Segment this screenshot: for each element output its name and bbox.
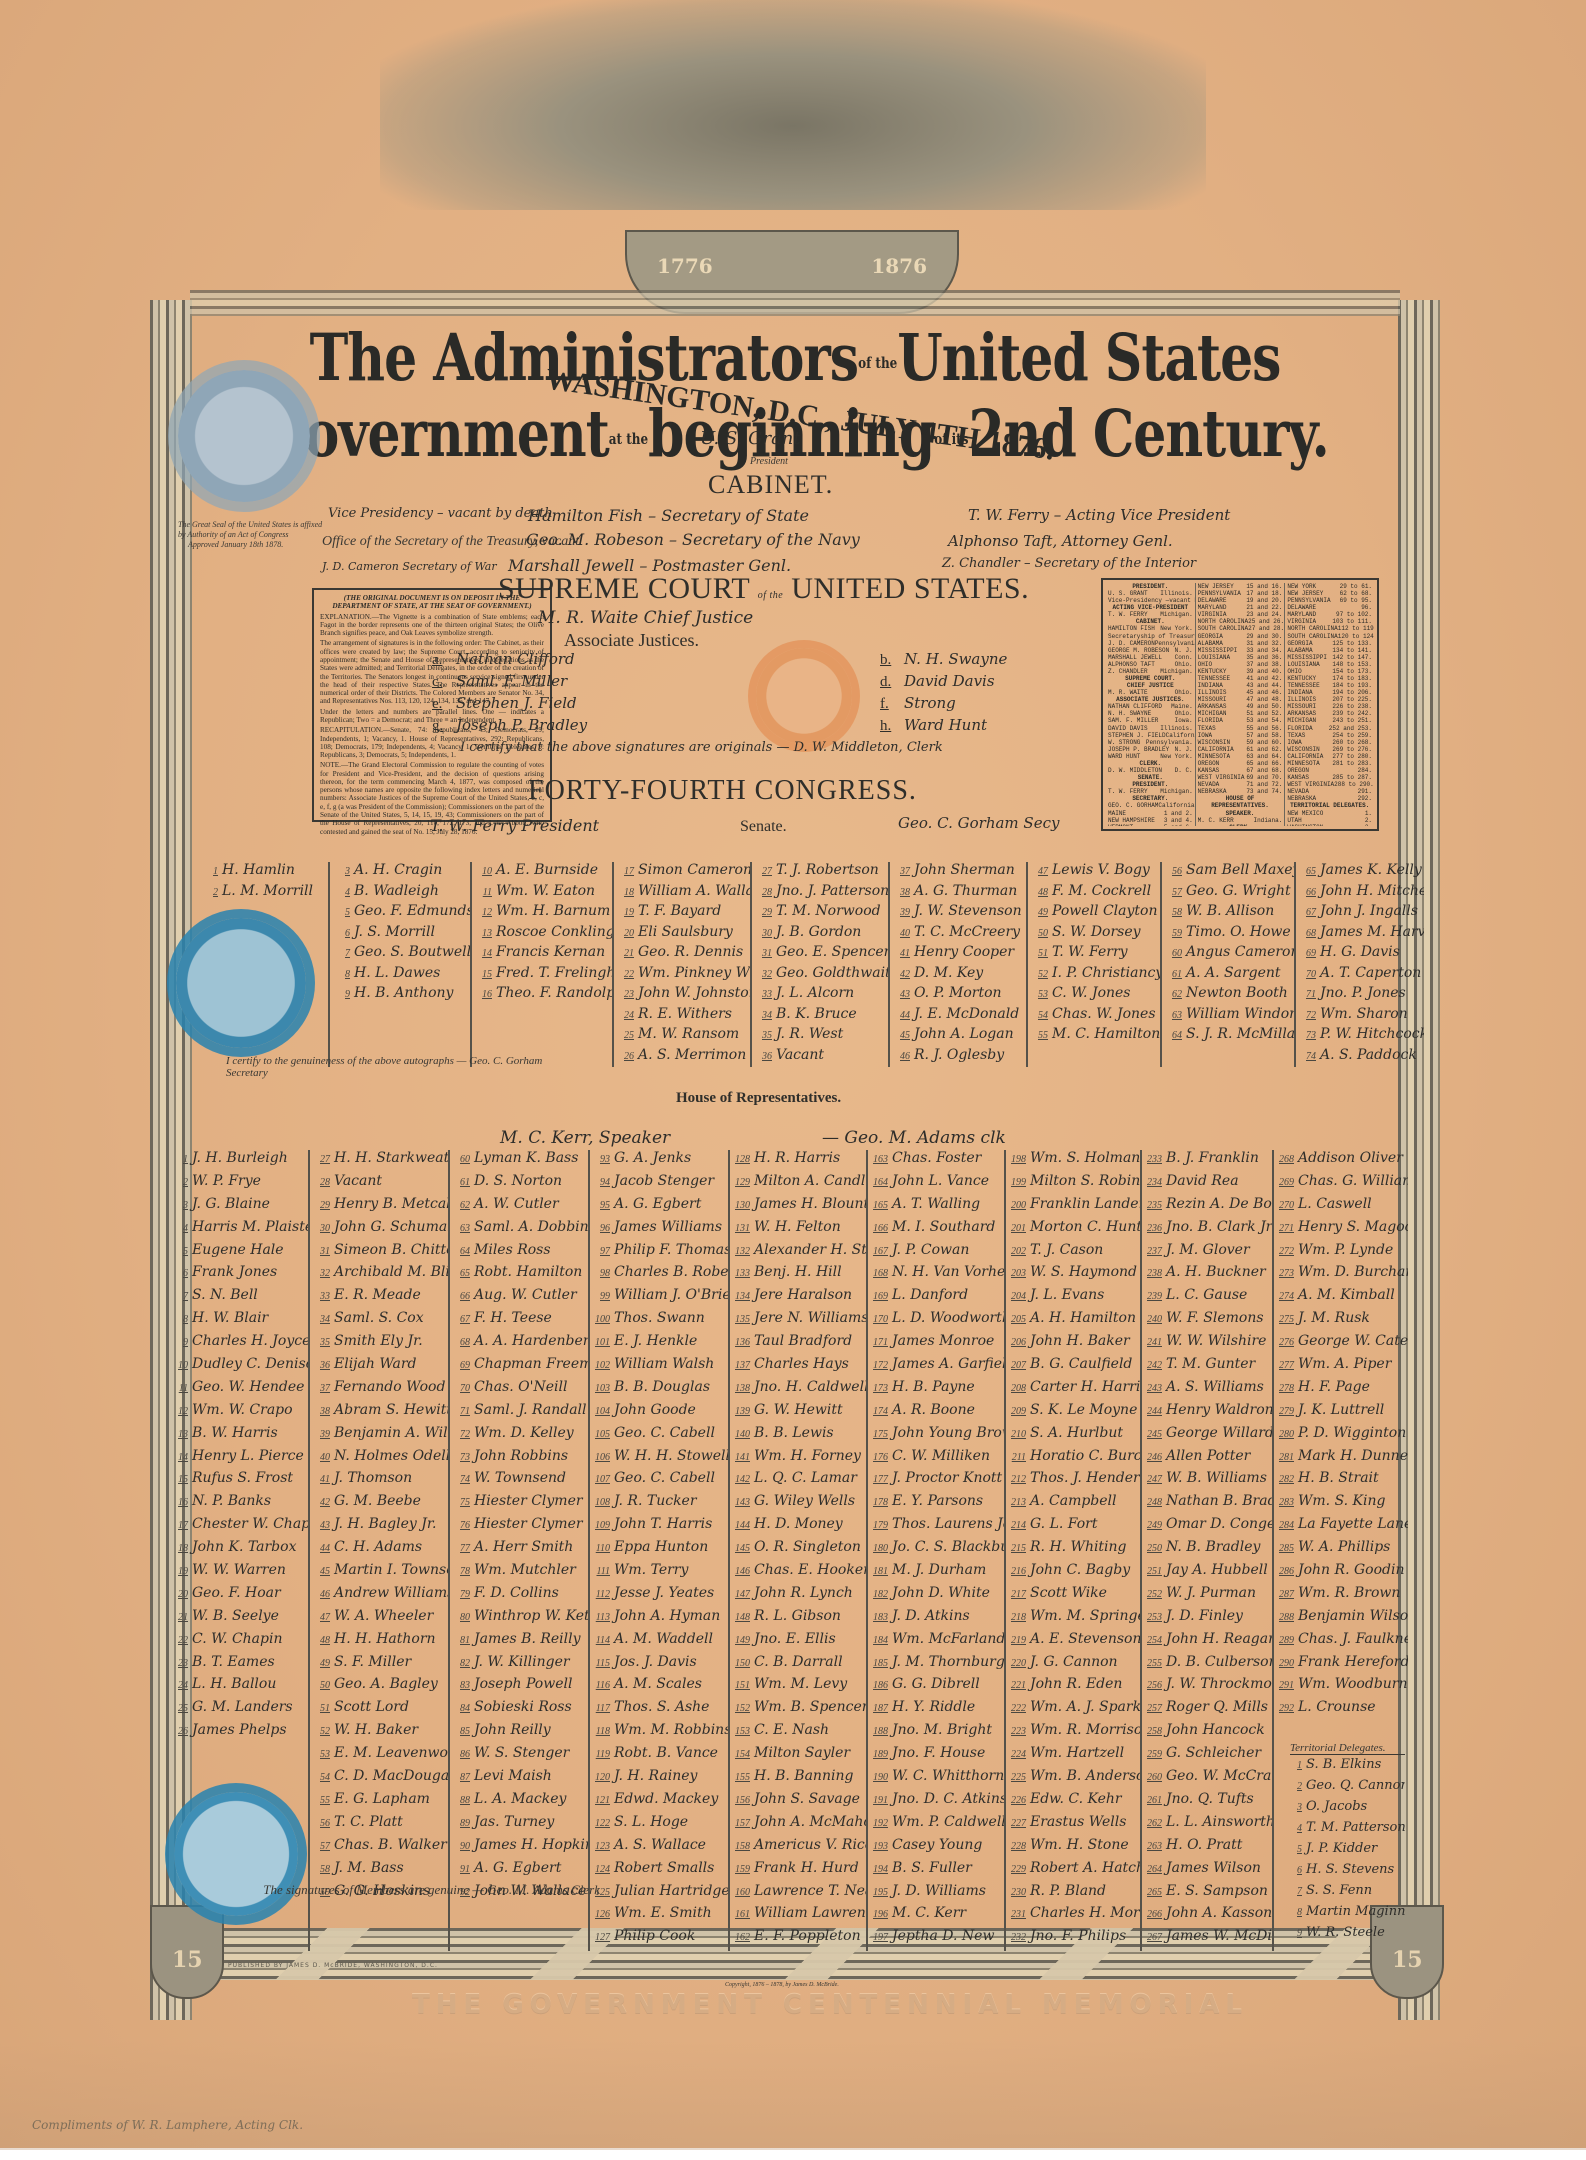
member-number: 44	[310, 1543, 330, 1554]
signature-entry: 195J. D. Williams	[868, 1883, 1004, 1906]
signature-entry: 128H. R. Harris	[730, 1150, 866, 1173]
signature-entry: 209S. K. Le Moyne	[1006, 1402, 1140, 1425]
member-number: 8	[330, 969, 350, 980]
member-number: 19	[168, 1566, 188, 1577]
signature-entry: 64S. J. R. McMillan	[1162, 1026, 1294, 1047]
delegate-entry: 1S. B. Elkins	[1290, 1757, 1405, 1778]
signature-entry: 67F. H. Teese	[450, 1310, 588, 1333]
index-key: NEW MEXICO	[1287, 810, 1323, 817]
signature-entry: 80Winthrop W. Ketcham	[450, 1608, 588, 1631]
member-signature: C. W. Milliken	[892, 1448, 990, 1464]
signature-entry: 260Geo. W. McCrary	[1142, 1768, 1272, 1791]
member-signature: John H. Baker	[1030, 1333, 1130, 1349]
signature-entry: 113John A. Hyman	[590, 1608, 728, 1631]
member-number: 104	[590, 1406, 610, 1417]
signature-entry: 168N. H. Van Vorhes	[868, 1264, 1004, 1287]
signature-entry: 51Scott Lord	[310, 1699, 448, 1722]
delegate-entry: 7S. S. Fenn	[1290, 1883, 1405, 1904]
member-signature: T. M. Norwood	[776, 903, 881, 919]
member-signature: L. M. Morrill	[222, 883, 313, 899]
member-signature: M. C. Hamilton	[1052, 1026, 1160, 1042]
member-number: 177	[868, 1474, 888, 1485]
member-signature: Geo. R. Dennis	[638, 944, 743, 960]
member-signature: Winthrop W. Ketcham	[474, 1608, 588, 1624]
member-signature: Wm. S. Holman	[1030, 1150, 1140, 1166]
index-value: 254 to 259.	[1332, 732, 1372, 739]
cabinet-entry: Geo. M. Robeson – Secretary of the Navy	[526, 530, 860, 549]
signature-entry: 159Frank H. Hurd	[730, 1860, 866, 1883]
member-number: 71	[1296, 989, 1316, 1000]
member-signature: Chas. O'Neill	[474, 1379, 567, 1395]
member-number: 229	[1006, 1864, 1026, 1875]
member-number: 220	[1006, 1658, 1026, 1669]
member-number: 24	[614, 1010, 634, 1021]
member-signature: A. T. Caperton	[1320, 965, 1421, 981]
member-signature: Andrew Williams	[334, 1585, 448, 1601]
member-signature: Robert Smalls	[614, 1860, 714, 1876]
member-signature: Aug. W. Cutler	[474, 1287, 577, 1303]
member-number: 287	[1274, 1589, 1294, 1600]
signature-entry: 173H. B. Payne	[868, 1379, 1004, 1402]
member-number: 254	[1142, 1635, 1162, 1646]
justice-signature: Nathan Clifford	[456, 650, 575, 668]
index-value: 31 and 32.	[1246, 640, 1282, 647]
signature-entry: 269Chas. G. Williams	[1274, 1173, 1408, 1196]
signature-entry: 250N. B. Bradley	[1142, 1539, 1272, 1562]
member-number: 97	[590, 1246, 610, 1257]
member-signature: Wm. M. Robbins	[614, 1722, 728, 1738]
member-number: 64	[450, 1246, 470, 1257]
member-number: 191	[868, 1795, 888, 1806]
signature-entry: 252W. J. Purman	[1142, 1585, 1272, 1608]
signature-entry: 61A. A. Sargent	[1162, 965, 1294, 986]
president-label: President	[750, 456, 788, 467]
member-number: 80	[450, 1612, 470, 1623]
index-value: 25 and 26.	[1248, 618, 1284, 625]
index-key: KANSAS	[1198, 767, 1220, 774]
index-row: MINNESOTA281 to 283.	[1287, 760, 1372, 767]
signature-entry: 222Wm. A. J. Sparks	[1006, 1699, 1140, 1722]
signature-entry: 142L. Q. C. Lamar	[730, 1470, 866, 1493]
member-number: 55	[310, 1795, 330, 1806]
index-value: 21 and 22.	[1246, 604, 1282, 611]
member-signature: Geo. Goldthwaite	[776, 965, 888, 981]
court-certification: I certify that the above signatures are …	[460, 740, 943, 755]
signature-entry: 278H. F. Page	[1274, 1379, 1408, 1402]
index-key: VIRGINIA	[1198, 611, 1227, 618]
member-number: 236	[1142, 1223, 1162, 1234]
index-row: MARYLAND21 and 22.	[1198, 604, 1283, 611]
member-signature: J. W. Killinger	[474, 1654, 570, 1670]
index-row: N. H. SWAYNEOhio.	[1108, 710, 1193, 717]
member-number: 103	[590, 1383, 610, 1394]
member-signature: Rezin A. De Bolt	[1166, 1196, 1272, 1212]
signature-entry: 53C. W. Jones	[1028, 985, 1160, 1006]
member-number: 162	[730, 1932, 750, 1943]
signature-entry: 185J. M. Thornburgh	[868, 1654, 1004, 1677]
signature-entry: 271Henry S. Magoon	[1274, 1219, 1408, 1242]
signature-entry: 17Simon Cameron	[614, 862, 750, 883]
member-number: 52	[310, 1726, 330, 1737]
signature-entry: 237J. M. Glover	[1142, 1242, 1272, 1265]
member-number: 275	[1274, 1314, 1294, 1325]
signature-entry: 180Jo. C. S. Blackburn	[868, 1539, 1004, 1562]
signature-entry: 263H. O. Pratt	[1142, 1837, 1272, 1860]
member-signature: W. A. Wheeler	[334, 1608, 433, 1624]
signature-entry: 90James H. Hopkins	[450, 1837, 588, 1860]
member-signature: Geo. C. Cabell	[614, 1425, 715, 1441]
member-signature: Jno. D. C. Atkins	[892, 1791, 1004, 1807]
index-key: GEORGE M. ROBESON	[1108, 647, 1169, 654]
signature-entry: 138Jno. H. Caldwell	[730, 1379, 866, 1402]
signature-entry: 16Theo. F. Randolph	[472, 985, 612, 1006]
index-value: 154 to 173.	[1332, 668, 1372, 675]
member-number: 154	[730, 1749, 750, 1760]
signature-entry: 77A. Herr Smith	[450, 1539, 588, 1562]
index-row: VIRGINIA103 to 111.	[1287, 618, 1372, 625]
member-number: 171	[868, 1337, 888, 1348]
index-row: MISSISSIPPI142 to 147.	[1287, 654, 1372, 661]
justice-entry: d.David Davis	[880, 672, 1080, 694]
member-signature: Robert A. Hatcher	[1030, 1860, 1140, 1876]
signature-entry: 34Saml. S. Cox	[310, 1310, 448, 1333]
signature-entry: 19W. W. Warren	[168, 1562, 308, 1585]
cabinet-heading: CABINET.	[708, 470, 833, 500]
member-signature: E. R. Meade	[334, 1287, 421, 1303]
signature-entry: 1H. Hamlin	[198, 862, 328, 883]
member-number: 265	[1142, 1887, 1162, 1898]
signature-entry: 73John Robbins	[450, 1448, 588, 1471]
index-key: Vice-Presidency —	[1108, 597, 1169, 604]
index-row: MARSHALL JEWELLConn.	[1108, 654, 1193, 661]
delegate-signature: J. P. Kidder	[1306, 1841, 1377, 1856]
signature-entry: 262L. L. Ainsworth	[1142, 1814, 1272, 1837]
signature-entry: 46Andrew Williams	[310, 1585, 448, 1608]
index-key: T. W. FERRY	[1108, 611, 1148, 618]
signature-entry: 33E. R. Meade	[310, 1287, 448, 1310]
index-row: SAM. F. MILLERIowa.	[1108, 717, 1193, 724]
signature-entry: 63Saml. A. Dobbins	[450, 1219, 588, 1242]
member-signature: James H. Blount	[754, 1196, 866, 1212]
member-number: 206	[1006, 1337, 1026, 1348]
member-signature: James Phelps	[192, 1722, 287, 1738]
member-number: 256	[1142, 1680, 1162, 1691]
member-number: 269	[1274, 1177, 1294, 1188]
member-signature: A. R. Boone	[892, 1402, 975, 1418]
signature-entry: 103B. B. Douglas	[590, 1379, 728, 1402]
delegate-signature: T. M. Patterson	[1306, 1820, 1405, 1835]
copyright-line: Copyright, 1876 – 1878, by James D. McBr…	[725, 1982, 839, 1988]
member-signature: B. K. Bruce	[776, 1006, 857, 1022]
index-row: LOUISIANA35 and 36.	[1198, 654, 1283, 661]
member-number: 276	[1274, 1337, 1294, 1348]
signature-entry: 1J. H. Burleigh	[168, 1150, 308, 1173]
signature-entry: 70Chas. O'Neill	[450, 1379, 588, 1402]
index-key: NEVADA	[1287, 788, 1309, 795]
member-signature: W. B. Seelye	[192, 1608, 279, 1624]
signature-entry: 199Milton S. Robinson	[1006, 1173, 1140, 1196]
member-number: 264	[1142, 1864, 1162, 1875]
member-number: 159	[730, 1864, 750, 1875]
member-signature: Henry Cooper	[914, 944, 1014, 960]
index-key: WARD HUNT	[1108, 753, 1140, 760]
member-signature: Hiester Clymer	[474, 1493, 583, 1509]
member-signature: Abram S. Hewitt	[334, 1402, 448, 1418]
signature-entry: 274A. M. Kimball	[1274, 1287, 1408, 1310]
member-signature: William A. Wallace	[638, 883, 750, 899]
member-number: 249	[1142, 1520, 1162, 1531]
member-signature: O. R. Singleton	[754, 1539, 861, 1555]
member-number: 121	[590, 1795, 610, 1806]
member-signature: T. C. Platt	[334, 1814, 403, 1830]
member-number: 241	[1142, 1337, 1162, 1348]
signature-entry: 17Chester W. Chapin	[168, 1516, 308, 1539]
index-value: 288 to 290.	[1334, 781, 1374, 788]
member-signature: C. D. MacDougall	[334, 1768, 448, 1784]
member-number: 251	[1142, 1566, 1162, 1577]
member-number: 274	[1274, 1291, 1294, 1302]
signature-entry: 52W. H. Baker	[310, 1722, 448, 1745]
signature-entry: 183J. D. Atkins	[868, 1608, 1004, 1631]
signature-column: 47Lewis V. Bogy48F. M. Cockrell49Powell …	[1026, 862, 1160, 1067]
member-signature: A. H. Buckner	[1166, 1264, 1266, 1280]
signature-entry: 176C. W. Milliken	[868, 1448, 1004, 1471]
index-value: 134 to 141.	[1332, 647, 1372, 654]
member-signature: Charles Hays	[754, 1356, 849, 1372]
signature-entry: 110Eppa Hunton	[590, 1539, 728, 1562]
signature-entry: 150C. B. Darrall	[730, 1654, 866, 1677]
member-signature: Jno. B. Clark Jr.	[1166, 1219, 1272, 1235]
index-value: 71 and 72.	[1246, 781, 1282, 788]
signature-entry: 283Wm. S. King	[1274, 1493, 1408, 1516]
member-signature: John Hancock	[1166, 1722, 1265, 1738]
member-signature: Wm. H. Barnum	[496, 903, 610, 919]
member-signature: Wm. D. Burchard	[1298, 1264, 1408, 1280]
member-signature: E. G. Lapham	[334, 1791, 430, 1807]
delegate-number: 9	[1290, 1928, 1302, 1939]
delegate-entry: 3O. Jacobs	[1290, 1799, 1405, 1820]
index-key: M. C. KERR	[1198, 817, 1234, 824]
justice-signature: N. H. Swayne	[904, 650, 1007, 668]
member-number: 13	[472, 928, 492, 939]
signature-entry: 63William Windom	[1162, 1006, 1294, 1027]
index-heading: ASSOCIATE JUSTICES.	[1108, 696, 1193, 703]
index-value: 260 to 268.	[1332, 739, 1372, 746]
member-signature: Wm. P. Lynde	[1298, 1242, 1393, 1258]
index-value: 69 to 95.	[1340, 597, 1372, 604]
index-key: FLORIDA	[1198, 717, 1223, 724]
member-signature: A. S. Wallace	[614, 1837, 706, 1853]
index-value: N. J.	[1175, 647, 1193, 654]
delegate-number: 5	[1290, 1844, 1302, 1855]
member-signature: James A. Garfield	[892, 1356, 1004, 1372]
signature-entry: 105Geo. C. Cabell	[590, 1425, 728, 1448]
signature-column: 56Sam Bell Maxey57Geo. G. Wright58W. B. …	[1160, 862, 1294, 1067]
member-signature: G. L. Fort	[1030, 1516, 1097, 1532]
signature-entry: 129Milton A. Candler	[730, 1173, 866, 1196]
signature-entry: 81James B. Reilly	[450, 1631, 588, 1654]
signature-entry: 221John R. Eden	[1006, 1676, 1140, 1699]
index-value: Ohio.	[1175, 661, 1193, 668]
signature-entry: 19T. F. Bayard	[614, 903, 750, 924]
signature-entry: 291Wm. Woodburn	[1274, 1676, 1408, 1699]
signature-entry: 224Wm. Hartzell	[1006, 1745, 1140, 1768]
member-number: 61	[450, 1177, 470, 1188]
member-number: 13	[168, 1429, 188, 1440]
member-number: 58	[1162, 907, 1182, 918]
member-signature: W. H. H. Stowell	[614, 1448, 728, 1464]
index-value: 97 to 102.	[1336, 611, 1372, 618]
signature-entry: 186G. G. Dibrell	[868, 1676, 1004, 1699]
index-key: LOUISIANA	[1287, 661, 1319, 668]
member-signature: John Goode	[614, 1402, 696, 1418]
member-signature: Chas. B. Walker	[334, 1837, 447, 1853]
cabinet-entry: T. W. Ferry – Acting Vice President	[968, 506, 1230, 524]
member-number: 54	[310, 1772, 330, 1783]
index-key: NEW JERSEY	[1287, 590, 1323, 597]
member-signature: Morton C. Hunter	[1030, 1219, 1140, 1235]
member-number: 86	[450, 1749, 470, 1760]
member-signature: Edw. C. Kehr	[1030, 1791, 1122, 1807]
index-row: VERMONT5 and 6.	[1108, 824, 1193, 826]
index-key: NEW YORK	[1287, 583, 1316, 590]
signature-entry: 32Geo. Goldthwaite	[752, 965, 888, 986]
signature-entry: 83Joseph Powell	[450, 1676, 588, 1699]
signature-entry: 178E. Y. Parsons	[868, 1493, 1004, 1516]
member-number: 257	[1142, 1703, 1162, 1714]
index-row: NEVADA71 and 72.	[1198, 781, 1283, 788]
member-signature: H. H. Hathorn	[334, 1631, 436, 1647]
signature-entry: 29T. M. Norwood	[752, 903, 888, 924]
member-signature: Chas. Foster	[892, 1150, 981, 1166]
member-number: 74	[1296, 1051, 1316, 1062]
signature-entry: 96James Williams	[590, 1219, 728, 1242]
member-number: 271	[1274, 1223, 1294, 1234]
member-signature: H. B. Anthony	[354, 985, 453, 1001]
index-value: 292.	[1358, 795, 1372, 802]
member-signature: B. B. Lewis	[754, 1425, 834, 1441]
member-signature: A. H. Hamilton	[1030, 1310, 1136, 1326]
signature-entry: 65Robt. Hamilton	[450, 1264, 588, 1287]
member-signature: P. D. Wigginton	[1298, 1425, 1406, 1441]
member-signature: S. F. Miller	[334, 1654, 411, 1670]
signature-entry: 25G. M. Landers	[168, 1699, 308, 1722]
member-number: 95	[590, 1200, 610, 1211]
signature-entry: 47W. A. Wheeler	[310, 1608, 448, 1631]
member-number: 3	[330, 866, 350, 877]
member-number: 5	[330, 907, 350, 918]
member-signature: M. J. Durham	[892, 1562, 986, 1578]
signature-entry: 49Powell Clayton	[1028, 903, 1160, 924]
signature-entry: 169L. Danford	[868, 1287, 1004, 1310]
signature-entry: 251Jay A. Hubbell	[1142, 1562, 1272, 1585]
index-row: KANSAS285 to 287.	[1287, 774, 1372, 781]
member-number: 31	[752, 948, 772, 959]
member-number: 279	[1274, 1406, 1294, 1417]
member-number: 71	[450, 1406, 470, 1417]
member-signature: Geo. S. Boutwell	[354, 944, 470, 960]
index-value: 62 to 68.	[1340, 590, 1372, 597]
member-signature: Charles H. Morgan	[1030, 1905, 1140, 1921]
member-number: 212	[1006, 1474, 1026, 1485]
associate-justices-label: Associate Justices.	[564, 630, 699, 651]
member-signature: A. M. Scales	[614, 1676, 702, 1692]
index-key: TEXAS	[1287, 732, 1305, 739]
index-row: PENNSYLVANIA17 and 18.	[1198, 590, 1283, 597]
member-number: 16	[472, 989, 492, 1000]
signature-entry: 121Edwd. Mackey	[590, 1791, 728, 1814]
signature-entry: 247W. B. Williams	[1142, 1470, 1272, 1493]
member-number: 155	[730, 1772, 750, 1783]
index-row: D. W. MIDDLETOND. C.	[1108, 767, 1193, 774]
member-number: 201	[1006, 1223, 1026, 1234]
signature-entry: 76Hiester Clymer	[450, 1516, 588, 1539]
member-signature: J. M. Glover	[1166, 1242, 1250, 1258]
index-value: 148 to 153.	[1332, 661, 1372, 668]
signature-entry: 292L. Crounse	[1274, 1699, 1408, 1722]
index-row: TENNESSEE184 to 193.	[1287, 682, 1372, 689]
index-row: LOUISIANA148 to 153.	[1287, 661, 1372, 668]
member-number: 10	[472, 866, 492, 877]
signature-entry: 201Morton C. Hunter	[1006, 1219, 1140, 1242]
member-signature: Lewis V. Bogy	[1052, 862, 1150, 878]
signature-entry: 22Wm. Pinkney Whyte	[614, 965, 750, 986]
member-number: 29	[310, 1200, 330, 1211]
member-signature: John H. Reagan	[1166, 1631, 1272, 1647]
member-number: 128	[730, 1154, 750, 1165]
index-key: GEORGIA	[1198, 633, 1223, 640]
member-number: 278	[1274, 1383, 1294, 1394]
signature-entry: 111Wm. Terry	[590, 1562, 728, 1585]
member-number: 27	[310, 1154, 330, 1165]
member-signature: B. W. Harris	[192, 1425, 278, 1441]
member-number: 172	[868, 1360, 888, 1371]
member-signature: John J. Ingalls	[1320, 903, 1418, 919]
member-signature: C. B. Darrall	[754, 1654, 843, 1670]
member-number: 51	[1028, 948, 1048, 959]
member-signature: J. K. Luttrell	[1298, 1402, 1384, 1418]
signature-entry: 44C. H. Adams	[310, 1539, 448, 1562]
signature-entry: 203W. S. Haymond	[1006, 1264, 1140, 1287]
index-value: 125 to 133.	[1332, 640, 1372, 647]
member-number: 102	[590, 1360, 610, 1371]
member-signature: Wm. M. Springer	[1030, 1608, 1140, 1624]
index-key: SOUTH CAROLINA	[1287, 633, 1337, 640]
member-signature: Scott Wike	[1030, 1585, 1107, 1601]
member-signature: J. G. Blaine	[192, 1196, 270, 1212]
member-number: 291	[1274, 1680, 1294, 1691]
index-value: New York.	[1160, 753, 1192, 760]
member-signature: James M. Harvey	[1320, 924, 1424, 940]
member-signature: A. M. Waddell	[614, 1631, 713, 1647]
index-value: 49 and 50.	[1246, 703, 1282, 710]
member-number: 32	[752, 969, 772, 980]
signature-entry: 132Alexander H. Stephens	[730, 1242, 866, 1265]
member-signature: H. B. Strait	[1298, 1470, 1379, 1486]
member-signature: John Robbins	[474, 1448, 568, 1464]
member-number: 89	[450, 1818, 470, 1829]
index-key: MISSOURI	[1198, 696, 1227, 703]
signature-entry: 15Rufus S. Frost	[168, 1470, 308, 1493]
member-signature: Henry L. Pierce	[192, 1448, 304, 1464]
member-number: 147	[730, 1589, 750, 1600]
member-number: 136	[730, 1337, 750, 1348]
signature-entry: 163Chas. Foster	[868, 1150, 1004, 1173]
signature-entry: 114A. M. Waddell	[590, 1631, 728, 1654]
member-number: 273	[1274, 1268, 1294, 1279]
signature-entry: 124Robert Smalls	[590, 1860, 728, 1883]
member-number: 225	[1006, 1772, 1026, 1783]
